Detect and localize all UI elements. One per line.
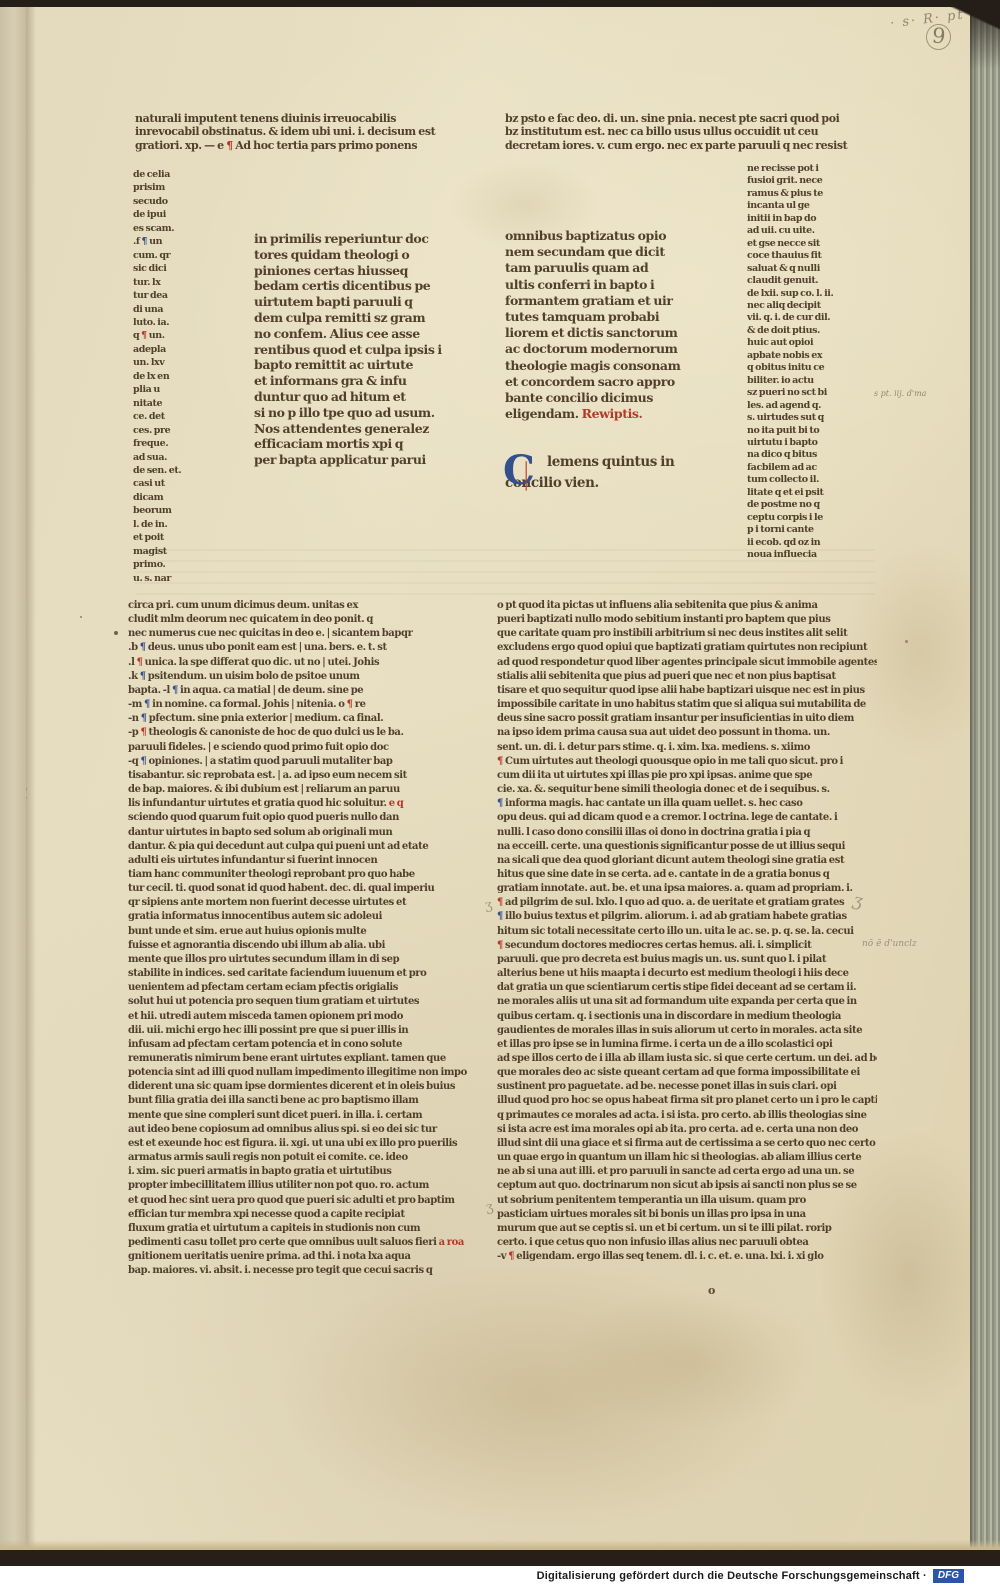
scan-bottom-edge: [0, 1550, 1000, 1566]
parchment-stain: [560, 1290, 820, 1430]
dfg-logo: DFG: [933, 1569, 964, 1583]
text-block-top-right: bz psto e fac deo. di. un. sine pnia. ne…: [505, 112, 875, 152]
column-flourish: ʒ: [485, 1200, 494, 1216]
column-flourish: ʒ: [484, 898, 493, 914]
decorated-initial-C: C: [503, 450, 543, 494]
text-block-center-indented: in primilis reperiuntur doctores quidam …: [254, 231, 508, 468]
text-block-right-upper: omnibus baptizatus opionem secundam que …: [505, 228, 723, 422]
parchment-stain: [280, 1260, 800, 1530]
text-column-lower-left: circa pri. cum unum dicimus deum. unitas…: [128, 599, 477, 1279]
text-block-top-left: naturali imputent tenens diuinis irreuoc…: [135, 112, 469, 152]
manuscript-scan-page: naturali imputent tenens diuinis irreuoc…: [0, 0, 1000, 1585]
ink-speck: [80, 616, 82, 618]
scan-top-right-corner: [930, 0, 1000, 34]
scan-top-edge: [0, 0, 1000, 7]
ink-speck: [905, 640, 908, 643]
ink-speck: [114, 631, 118, 635]
gloss-column-right: ne recisse pot ifusioi grit. neceramus &…: [747, 163, 879, 562]
gloss-column-left: de celiaprisimsecudode ipuies scam..f ¶ …: [133, 168, 203, 585]
footer-credit-text: Digitalisierung gefördert durch die Deut…: [537, 1570, 927, 1582]
text-column-lower-right: o pt quod ita pictas ut influens alia se…: [497, 599, 877, 1264]
binding-gutter-edge: [0, 0, 26, 1552]
book-fore-edge: [970, 0, 1000, 1552]
gutter-crease-shadow: [26, 0, 36, 1552]
marginal-note-right-mid: nō ē d'unclz: [862, 939, 917, 949]
digitization-footer: Digitalisierung gefördert durch die Deut…: [0, 1566, 1000, 1585]
between-column-mark: o: [708, 1284, 715, 1297]
marginal-note-right-upper: s pt. iij. d'ma: [874, 389, 926, 398]
